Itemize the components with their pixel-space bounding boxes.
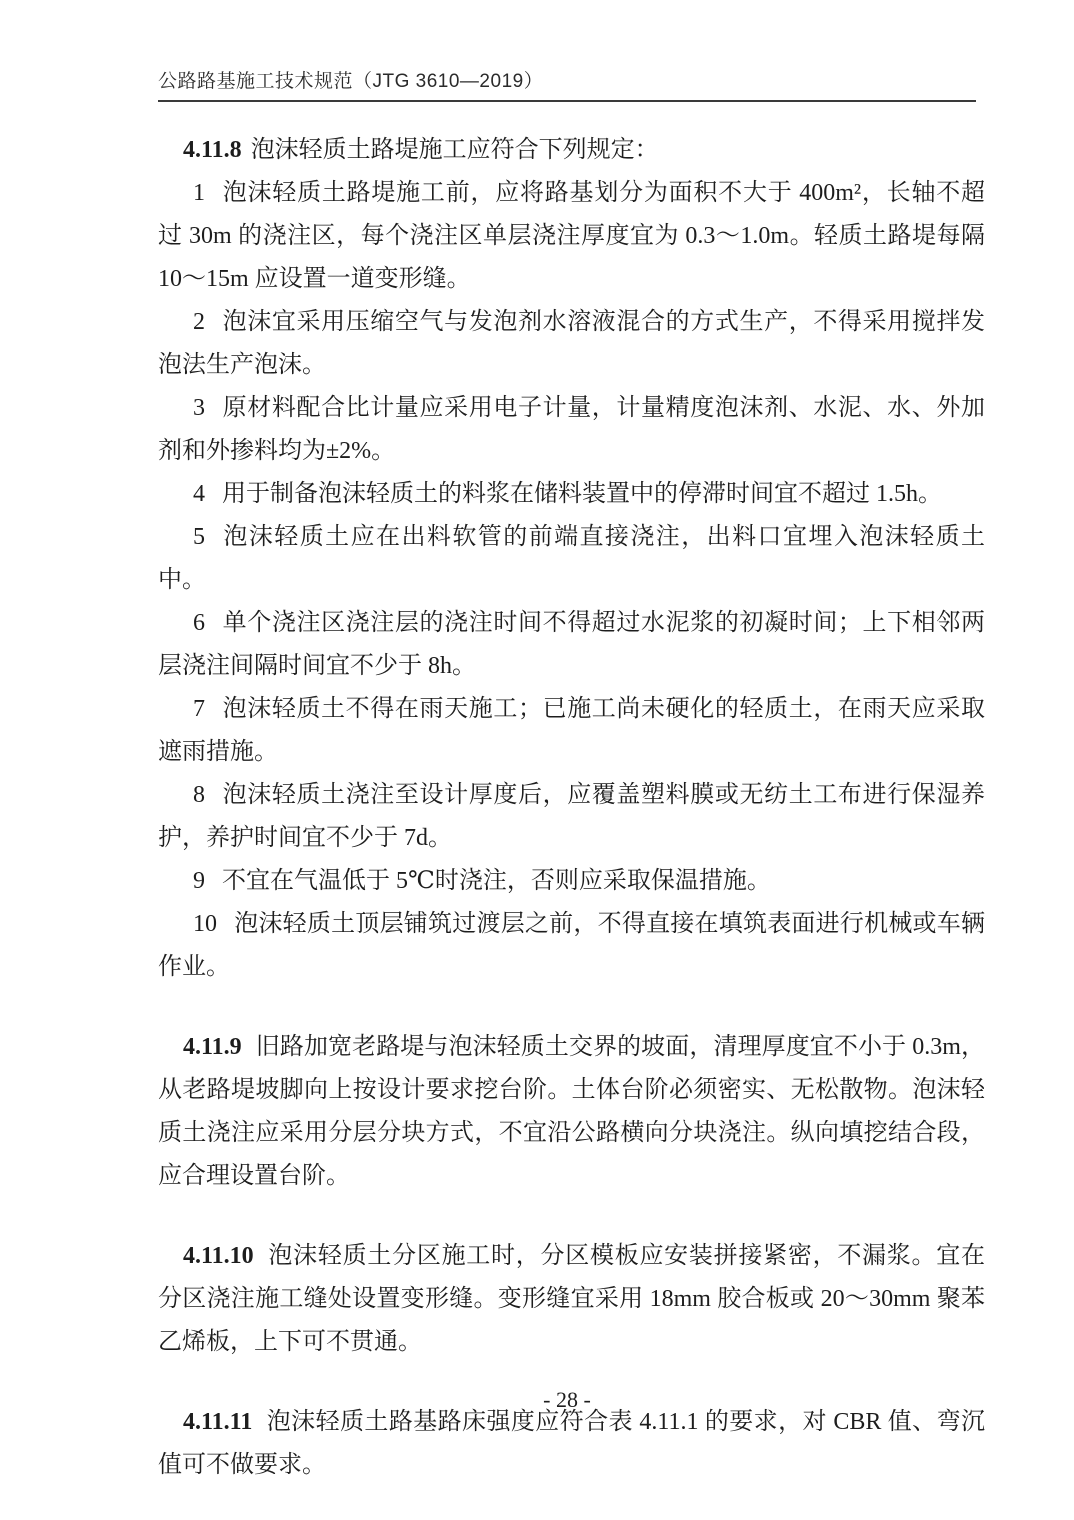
clause-number: 4.11.8 [183, 137, 242, 163]
clause-4-11-8-item-9: 9不宜在气温低于 5℃时浇注，否则应采取保温措施。 [158, 860, 985, 903]
item-number: 9 [193, 868, 205, 894]
item-number: 10 [193, 911, 217, 937]
clause-text: 泡沫轻质土分区施工时，分区模板应安装拼接紧密，不漏浆。宜在分区浇注施工缝处设置变… [158, 1243, 985, 1355]
item-text: 泡沫宜采用压缩空气与发泡剂水溶液混合的方式生产，不得采用搅拌发泡法生产泡沫。 [158, 309, 985, 378]
clause-4-11-8-item-4: 4用于制备泡沫轻质土的料浆在储料装置中的停滞时间宜不超过 1.5h。 [158, 473, 985, 516]
clause-4-11-8-item-10: 10泡沫轻质土顶层铺筑过渡层之前，不得直接在填筑表面进行机械或车辆作业。 [158, 903, 985, 989]
item-number: 5 [193, 524, 205, 550]
item-text: 泡沫轻质土不得在雨天施工；已施工尚未硬化的轻质土，在雨天应采取遮雨措施。 [158, 696, 985, 765]
item-number: 4 [193, 481, 205, 507]
item-number: 6 [193, 610, 205, 636]
item-text: 不宜在气温低于 5℃时浇注，否则应采取保温措施。 [222, 868, 771, 894]
clause-text: 旧路加宽老路堤与泡沫轻质土交界的坡面，清理厚度宜不小于 0.3m，从老路堤坡脚向… [158, 1034, 985, 1189]
header-running-title: 公路路基施工技术规范（JTG 3610—2019） [158, 71, 543, 92]
item-text: 泡沫轻质土顶层铺筑过渡层之前，不得直接在填筑表面进行机械或车辆作业。 [158, 911, 985, 980]
clause-text: 泡沫轻质土路基路床强度应符合表 4.11.1 的要求，对 CBR 值、弯沉值可不… [158, 1409, 985, 1478]
page-header: 公路路基施工技术规范（JTG 3610—2019） [158, 70, 976, 102]
item-text: 泡沫轻质土应在出料软管的前端直接浇注，出料口宜埋入泡沫轻质土中。 [158, 524, 985, 593]
document-body: 4.11.8泡沫轻质土路堤施工应符合下列规定： 1泡沫轻质土路堤施工前，应将路基… [158, 129, 985, 1487]
item-number: 1 [193, 180, 205, 206]
item-text: 用于制备泡沫轻质土的料浆在储料装置中的停滞时间宜不超过 1.5h。 [222, 481, 942, 507]
item-text: 单个浇注区浇注层的浇注时间不得超过水泥浆的初凝时间；上下相邻两层浇注间隔时间宜不… [158, 610, 985, 679]
item-text: 原材料配合比计量应采用电子计量，计量精度泡沫剂、水泥、水、外加剂和外掺料均为±2… [158, 395, 985, 464]
clause-4-11-8-heading: 4.11.8泡沫轻质土路堤施工应符合下列规定： [158, 129, 985, 172]
clause-4-11-8-item-6: 6单个浇注区浇注层的浇注时间不得超过水泥浆的初凝时间；上下相邻两层浇注间隔时间宜… [158, 602, 985, 688]
document-page: 公路路基施工技术规范（JTG 3610—2019） 4.11.8泡沫轻质土路堤施… [0, 0, 1074, 1520]
clause-4-11-9: 4.11.9旧路加宽老路堤与泡沫轻质土交界的坡面，清理厚度宜不小于 0.3m，从… [158, 1026, 985, 1198]
clause-4-11-8-item-5: 5泡沫轻质土应在出料软管的前端直接浇注，出料口宜埋入泡沫轻质土中。 [158, 516, 985, 602]
clause-number: 4.11.10 [183, 1243, 254, 1269]
clause-4-11-10: 4.11.10泡沫轻质土分区施工时，分区模板应安装拼接紧密，不漏浆。宜在分区浇注… [158, 1235, 985, 1364]
clause-4-11-11: 4.11.11泡沫轻质土路基路床强度应符合表 4.11.1 的要求，对 CBR … [158, 1401, 985, 1487]
clause-4-11-8-item-1: 1泡沫轻质土路堤施工前，应将路基划分为面积不大于 400m²，长轴不超过 30m… [158, 172, 985, 301]
clause-4-11-8-item-2: 2泡沫宜采用压缩空气与发泡剂水溶液混合的方式生产，不得采用搅拌发泡法生产泡沫。 [158, 301, 985, 387]
page-footer: - 28 - [158, 1387, 976, 1413]
clause-4-11-8-item-8: 8泡沫轻质土浇注至设计厚度后，应覆盖塑料膜或无纺土工布进行保湿养护，养护时间宜不… [158, 774, 985, 860]
clause-number: 4.11.9 [183, 1034, 242, 1060]
item-number: 8 [193, 782, 205, 808]
item-text: 泡沫轻质土浇注至设计厚度后，应覆盖塑料膜或无纺土工布进行保湿养护，养护时间宜不少… [158, 782, 985, 851]
clause-4-11-8-item-3: 3原材料配合比计量应采用电子计量，计量精度泡沫剂、水泥、水、外加剂和外掺料均为±… [158, 387, 985, 473]
page-number: - 28 - [543, 1387, 591, 1412]
clause-4-11-8-item-7: 7泡沫轻质土不得在雨天施工；已施工尚未硬化的轻质土，在雨天应采取遮雨措施。 [158, 688, 985, 774]
item-number: 2 [193, 309, 205, 335]
item-number: 7 [193, 696, 205, 722]
clause-text: 泡沫轻质土路堤施工应符合下列规定： [251, 137, 659, 163]
item-number: 3 [193, 395, 205, 421]
item-text: 泡沫轻质土路堤施工前，应将路基划分为面积不大于 400m²，长轴不超过 30m … [158, 180, 985, 292]
